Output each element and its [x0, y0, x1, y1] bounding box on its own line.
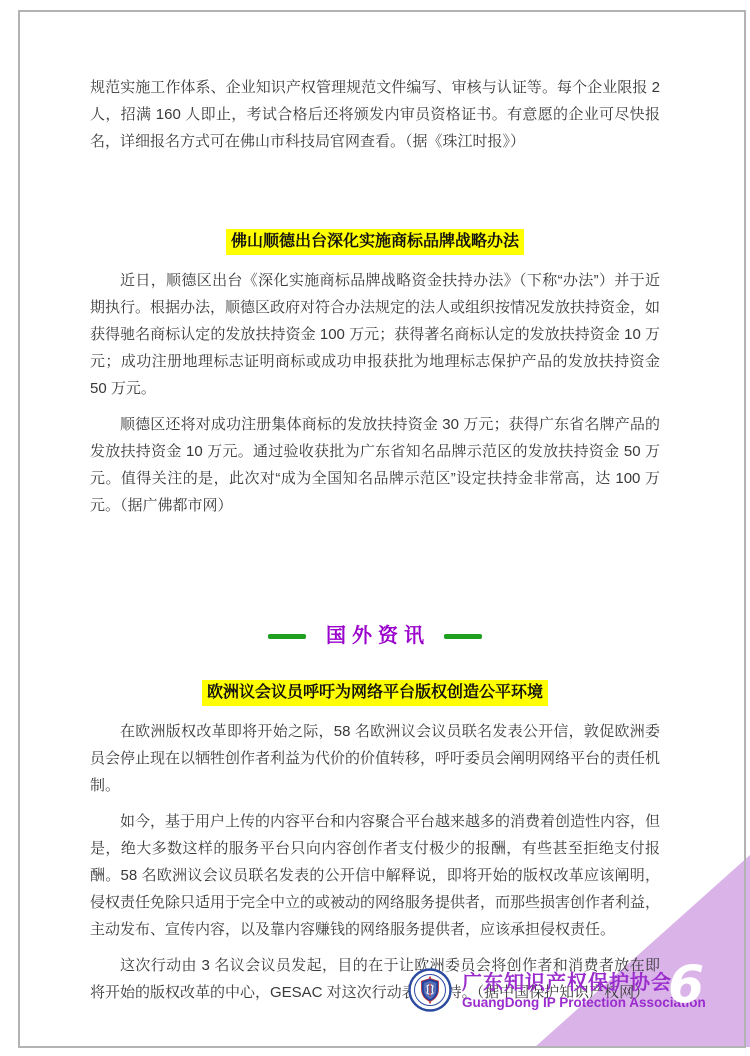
- headline-highlight: 佛山顺德出台深化实施商标品牌战略办法: [226, 229, 524, 255]
- divider-dash-left-icon: [268, 634, 306, 639]
- section-divider: 国外资讯: [90, 623, 660, 650]
- paragraph: 规范实施工作体系、企业知识产权管理规范文件编写、审核与认证等。每个企业限报 2 …: [90, 74, 660, 155]
- article-headline: 欧洲议会议员呼吁为网络平台版权创造公平环境: [90, 680, 660, 706]
- paragraph: 顺德区还将对成功注册集体商标的发放扶持资金 30 万元；获得广东省名牌产品的发放…: [90, 411, 660, 519]
- headline-highlight: 欧洲议会议员呼吁为网络平台版权创造公平环境: [202, 680, 548, 706]
- article-headline: 佛山顺德出台深化实施商标品牌战略办法: [90, 229, 660, 255]
- newsletter-page: { "page": { "background": "#ffffff", "bo…: [0, 0, 750, 1056]
- paragraph: 近日，顺德区出台《深化实施商标品牌战略资金扶持办法》（下称“办法”）并于近期执行…: [90, 267, 660, 402]
- paragraph: 如今，基于用户上传的内容平台和内容聚合平台越来越多的消费着创造性内容，但是，绝大…: [90, 808, 660, 943]
- divider-dash-right-icon: [444, 634, 482, 639]
- divider-label: 国外资讯: [320, 623, 430, 650]
- content-area: 规范实施工作体系、企业知识产权管理规范文件编写、审核与认证等。每个企业限报 2 …: [90, 74, 660, 1006]
- paragraph: 在欧洲版权改革即将开始之际，58 名欧洲议会议员联名发表公开信，敦促欧洲委员会停…: [90, 718, 660, 799]
- paragraph: 这次行动由 3 名议会议员发起，目的在于让欧洲委员会将创作者和消费者放在即将开始…: [90, 952, 660, 1006]
